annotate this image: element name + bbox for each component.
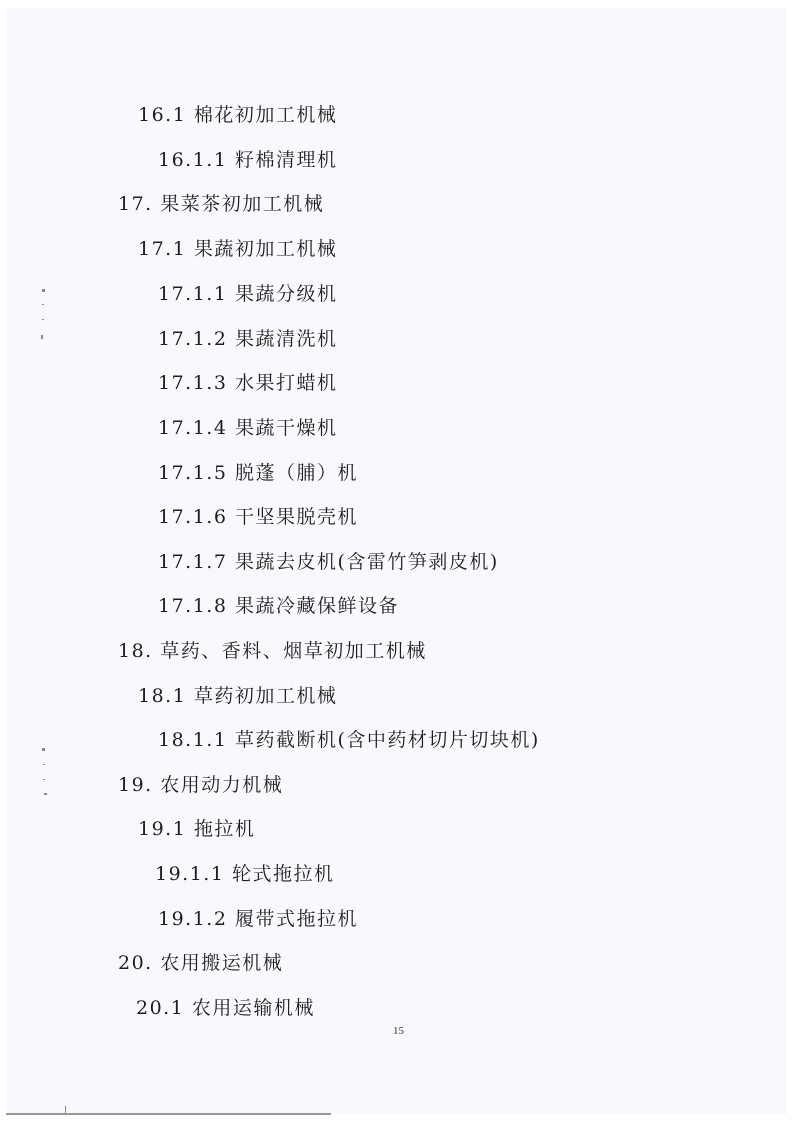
list-item-16-1-1: 16.1.1 籽棉清理机 <box>158 149 337 171</box>
scan-mark <box>42 289 45 292</box>
list-item-19: 19. 农用动力机械 <box>118 774 283 796</box>
scan-mark <box>41 335 43 339</box>
list-item-17-1-7: 17.1.7 果蔬去皮机(含雷竹笋剥皮机) <box>158 551 499 573</box>
scan-mark <box>44 793 47 795</box>
list-item-19-1: 19.1 拖拉机 <box>138 818 255 840</box>
list-item-19-1-2: 19.1.2 履带式拖拉机 <box>158 908 358 930</box>
list-item-19-1-1: 19.1.1 轮式拖拉机 <box>155 863 334 885</box>
list-item-20-1: 20.1 农用运输机械 <box>136 997 315 1019</box>
list-item-16-1: 16.1 棉花初加工机械 <box>138 104 337 126</box>
scan-mark <box>42 304 44 305</box>
list-item-17-1: 17.1 果蔬初加工机械 <box>138 238 337 260</box>
list-item-18-1-1: 18.1.1 草药截断机(含中药材切片切块机) <box>158 729 540 751</box>
document-page: 16.1 棉花初加工机械 16.1.1 籽棉清理机 17. 果菜茶初加工机械 1… <box>6 8 787 1114</box>
scan-mark <box>42 748 45 751</box>
list-item-17-1-8: 17.1.8 果蔬冷藏保鲜设备 <box>158 595 399 617</box>
scan-mark <box>65 1106 66 1113</box>
bottom-edge-rule <box>6 1113 331 1115</box>
list-item-17-1-3: 17.1.3 水果打蜡机 <box>158 372 337 394</box>
list-item-18: 18. 草药、香料、烟草初加工机械 <box>118 640 427 662</box>
list-item-17-1-5: 17.1.5 脱蓬（脯）机 <box>158 462 358 484</box>
list-item-20: 20. 农用搬运机械 <box>118 952 283 974</box>
scan-mark <box>42 319 44 320</box>
list-item-18-1: 18.1 草药初加工机械 <box>138 685 337 707</box>
scan-mark <box>43 764 45 765</box>
list-item-17-1-4: 17.1.4 果蔬干燥机 <box>158 417 337 439</box>
scan-mark <box>43 779 45 780</box>
list-item-17-1-6: 17.1.6 干坚果脱壳机 <box>158 506 358 528</box>
list-item-17: 17. 果菜茶初加工机械 <box>118 193 324 215</box>
page-number: 15 <box>393 1025 404 1037</box>
list-item-17-1-2: 17.1.2 果蔬清洗机 <box>158 328 337 350</box>
list-item-17-1-1: 17.1.1 果蔬分级机 <box>158 283 337 305</box>
